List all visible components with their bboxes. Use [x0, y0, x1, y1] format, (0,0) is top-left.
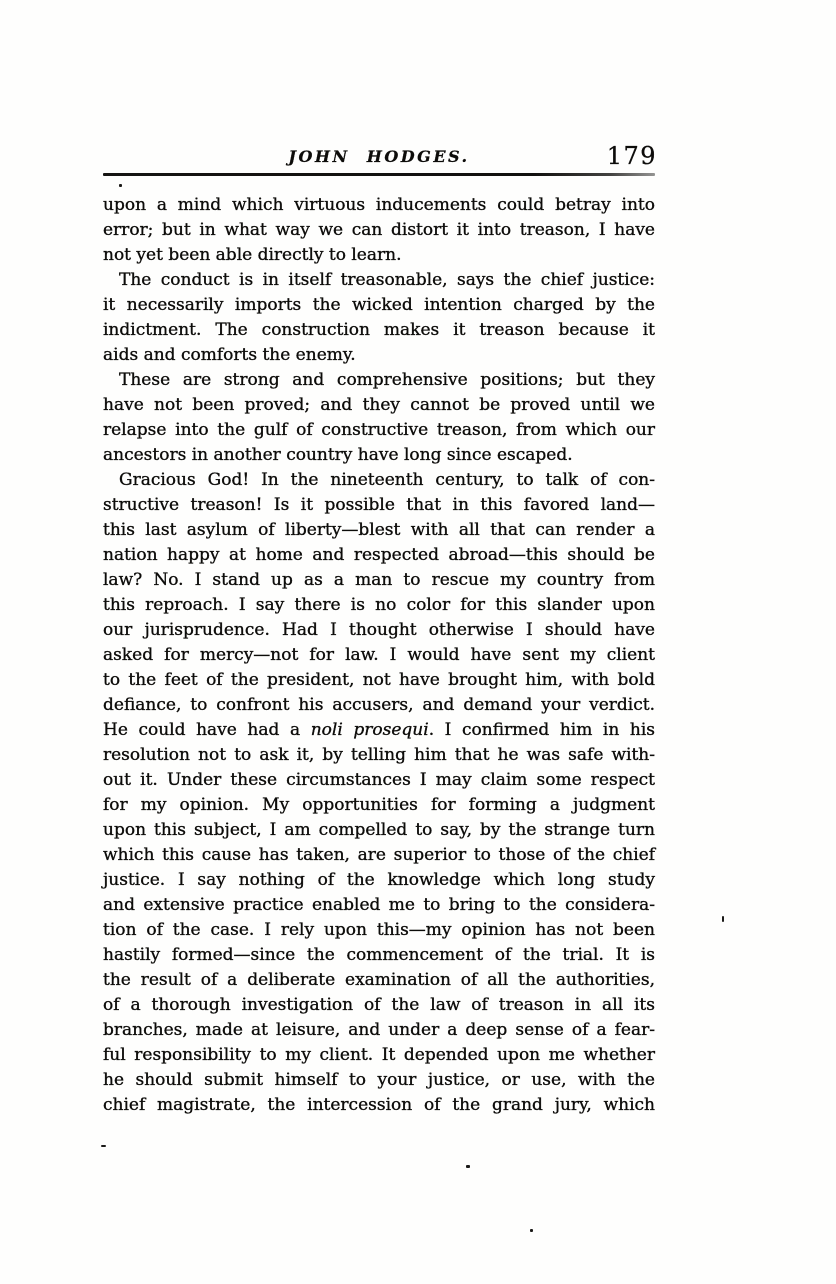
text-line: to the feet of the president, not have b…: [103, 668, 655, 693]
text-line: asked for mercy—not for law. I would hav…: [103, 643, 655, 668]
text-line: ful responsibility to my client. It depe…: [103, 1043, 655, 1068]
paragraph: upon a mind which virtuous inducements c…: [103, 193, 655, 268]
scan-speck: [466, 1165, 470, 1168]
text-line: hastily formed—since the commencement of…: [103, 943, 655, 968]
text-line: this last asylum of liberty—blest with a…: [103, 518, 655, 543]
text-line: law? No. I stand up as a man to rescue m…: [103, 568, 655, 593]
text-line: tion of the case. I rely upon this—my op…: [103, 918, 655, 943]
text-line: branches, made at leisure, and under a d…: [103, 1018, 655, 1043]
text-line: upon this subject, I am compelled to say…: [103, 818, 655, 843]
text-line: structive treason! Is it possible that i…: [103, 493, 655, 518]
text-line: this reproach. I say there is no color f…: [103, 593, 655, 618]
running-title: JOHN HODGES.: [103, 147, 655, 166]
header-rule: [103, 173, 655, 176]
text-line: ancestors in another country have long s…: [103, 443, 655, 468]
text-line: error; but in what way we can distort it…: [103, 218, 655, 243]
paragraph: These are strong and comprehensive posit…: [103, 368, 655, 468]
text-line: aids and comforts the enemy.: [103, 343, 655, 368]
page-number: 179: [607, 142, 657, 170]
book-page: JOHN HODGES. 179 upon a mind which virtu…: [0, 0, 836, 1284]
paragraph: Gracious God! In the nineteenth century,…: [103, 468, 655, 1118]
scan-speck: [119, 184, 122, 187]
scan-speck: [722, 916, 724, 922]
text-line: for my opinion. My opportunities for for…: [103, 793, 655, 818]
text-line: of a thorough investigation of the law o…: [103, 993, 655, 1018]
text-line: which this cause has taken, are superior…: [103, 843, 655, 868]
text-line: and extensive practice enabled me to bri…: [103, 893, 655, 918]
text-line: justice. I say nothing of the knowledge …: [103, 868, 655, 893]
text-line: not yet been able directly to learn.: [103, 243, 655, 268]
text-line: nation happy at home and respected abroa…: [103, 543, 655, 568]
text-line: resolution not to ask it, by telling him…: [103, 743, 655, 768]
text-line: indictment. The construction makes it tr…: [103, 318, 655, 343]
text-line: our jurisprudence. Had I thought otherwi…: [103, 618, 655, 643]
italic-phrase: noli prosequi: [311, 720, 429, 740]
text-line: These are strong and comprehensive posit…: [103, 368, 655, 393]
text-line: He could have had a noli prosequi. I con…: [103, 718, 655, 743]
text-line: relapse into the gulf of constructive tr…: [103, 418, 655, 443]
text-segment: . I confirmed him in his: [429, 720, 655, 740]
text-line: he should submit himself to your justice…: [103, 1068, 655, 1093]
text-line: The conduct is in itself treasonable, sa…: [103, 268, 655, 293]
text-line: upon a mind which virtuous inducements c…: [103, 193, 655, 218]
text-line: chief magistrate, the intercession of th…: [103, 1093, 655, 1118]
text-column: JOHN HODGES. 179 upon a mind which virtu…: [103, 136, 655, 1118]
text-line: Gracious God! In the nineteenth century,…: [103, 468, 655, 493]
text-line: defiance, to confront his accusers, and …: [103, 693, 655, 718]
scan-speck: [530, 1229, 533, 1232]
text-line: have not been proved; and they cannot be…: [103, 393, 655, 418]
text-line: it necessarily imports the wicked intent…: [103, 293, 655, 318]
text-line: the result of a deliberate examination o…: [103, 968, 655, 993]
page-header: JOHN HODGES. 179: [103, 136, 655, 166]
text-line: out it. Under these circumstances I may …: [103, 768, 655, 793]
text-segment: He could have had a: [103, 720, 311, 740]
page-body: upon a mind which virtuous inducements c…: [103, 193, 655, 1118]
paragraph: The conduct is in itself treasonable, sa…: [103, 268, 655, 368]
scan-speck: [101, 1145, 106, 1147]
